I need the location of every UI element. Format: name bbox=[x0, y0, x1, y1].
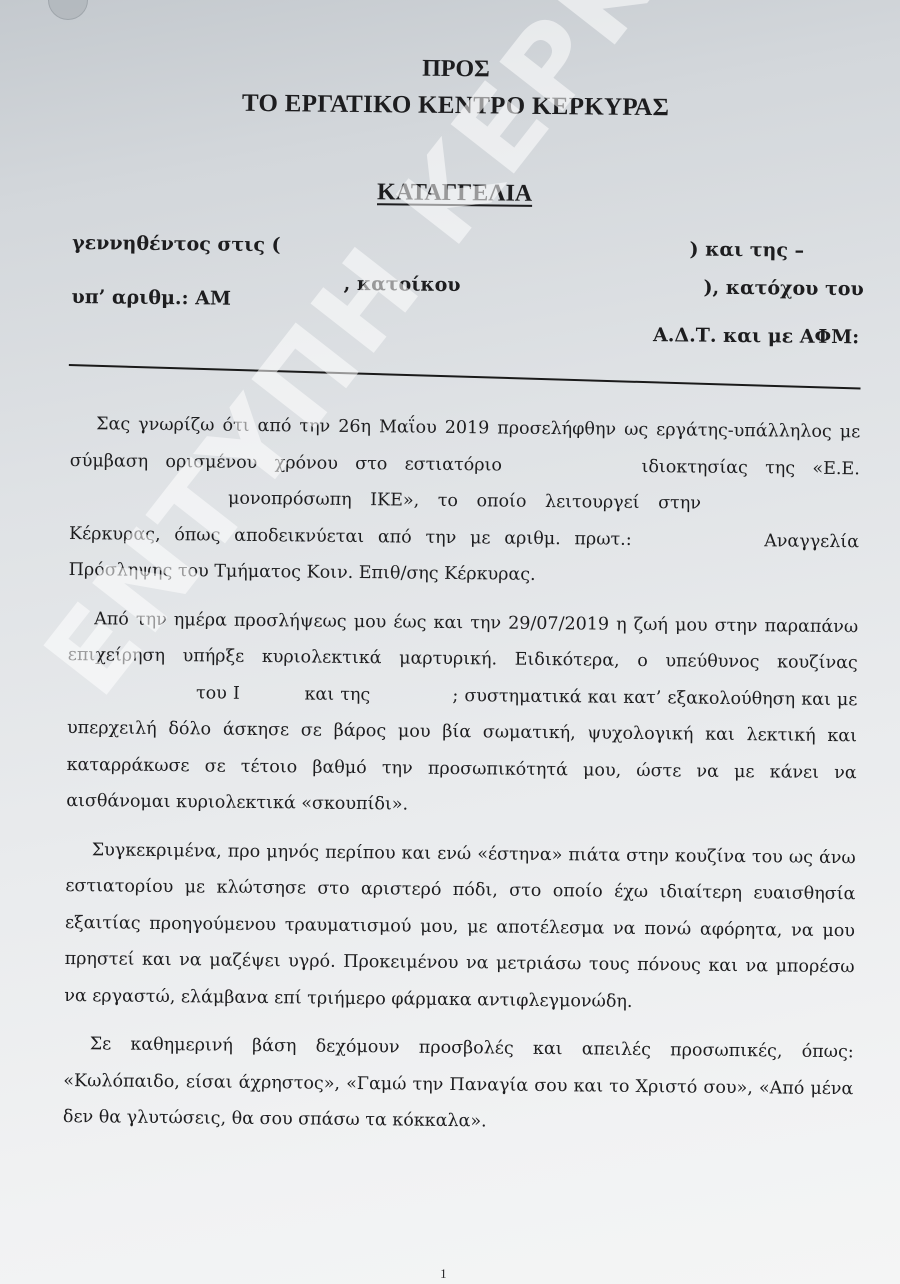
paragraph-3: Συγκεκριμένα, προ μηνός περίπου και ενώ … bbox=[64, 831, 856, 1022]
identity-line-1-right: ) και της – bbox=[689, 238, 804, 261]
identity-line-2: , κατοίκου ), κατόχου του bbox=[72, 270, 864, 278]
document-page: ΠΡΟΣ ΤΟ ΕΡΓΑΤΙΚΟ ΚΕΝΤΡΟ ΚΕΡΚΥΡΑΣ ΚΑΤΑΓΓΕ… bbox=[0, 0, 900, 1284]
paragraph-1: Σας γνωρίζω ότι από την 26η Μαΐου 2019 π… bbox=[69, 406, 861, 597]
identity-line-1: γεννηθέντος στις ( ) και της – bbox=[72, 232, 864, 240]
paragraph-4: Σε καθημερινή βάση δεχόμουν προσβολές κα… bbox=[63, 1026, 854, 1144]
identity-line-4: Α.Δ.Τ. και με ΑΦΜ: bbox=[71, 318, 863, 326]
heading-to: ΠΡΟΣ bbox=[6, 51, 900, 87]
document-body: Σας γνωρίζω ότι από την 26η Μαΐου 2019 π… bbox=[63, 406, 861, 1156]
identity-line-1-left: γεννηθέντος στις ( bbox=[72, 232, 281, 256]
identity-line-3-left: υπ’ αριθμ.: ΑΜ bbox=[71, 286, 231, 310]
document-title: ΚΑΤΑΓΓΕΛΙΑ bbox=[5, 175, 900, 211]
identity-line-2-mid: , κατοίκου bbox=[344, 273, 461, 296]
identity-line-3-right: Α.Δ.Τ. και με ΑΦΜ: bbox=[653, 324, 859, 348]
page-number: 1 bbox=[0, 1261, 893, 1284]
heading-recipient: ΤΟ ΕΡΓΑΤΙΚΟ ΚΕΝΤΡΟ ΚΕΡΚΥΡΑΣ bbox=[5, 87, 900, 124]
identity-line-2-right: ), κατόχου του bbox=[703, 277, 863, 301]
paragraph-2: Από την ημέρα προσλήψεως μου έως και την… bbox=[66, 601, 858, 828]
separator-rule bbox=[69, 364, 861, 389]
